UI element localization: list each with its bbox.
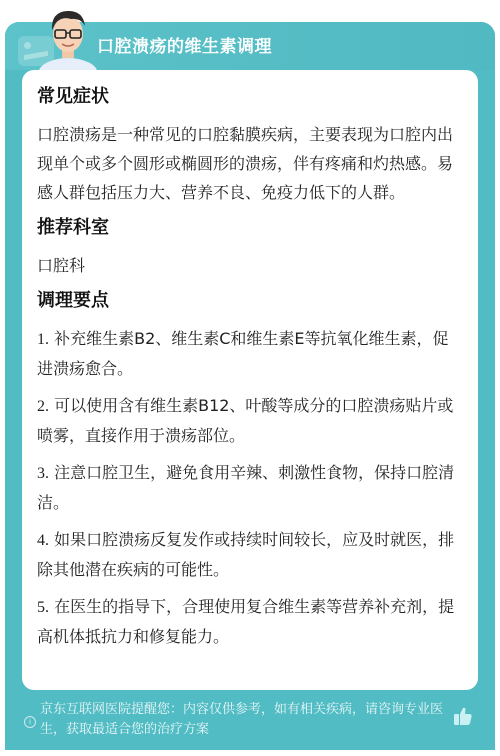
care-item-2: 2. 可以使用含有维生素B12、叶酸等成分的口腔溃疡贴片或喷雾，直接作用于溃疡部… (37, 391, 464, 450)
content-panel: 常见症状 口腔溃疡是一种常见的口腔黏膜疾病，主要表现为口腔内出现单个或多个圆形或… (22, 70, 478, 690)
care-heading: 调理要点 (37, 288, 464, 314)
care-item-3: 3. 注意口腔卫生，避免食用辛辣、刺激性食物，保持口腔清洁。 (37, 458, 464, 517)
info-icon: i (24, 716, 36, 728)
symptoms-heading: 常见症状 (37, 84, 464, 110)
doctor-avatar-icon (33, 4, 103, 76)
disclaimer-text: 京东互联网医院提醒您：内容仅供参考，如有相关疾病，请咨询专业医生，获取最适合您的… (40, 700, 458, 740)
page-title: 口腔溃疡的维生素调理 (97, 32, 272, 57)
care-item-4: 4. 如果口腔溃疡反复发作或持续时间较长，应及时就医，排除其他潜在疾病的可能性。 (37, 525, 464, 584)
department-heading: 推荐科室 (37, 215, 464, 241)
disclaimer-footer: i 京东互联网医院提醒您：内容仅供参考，如有相关疾病，请咨询专业医生，获取最适合… (5, 698, 495, 748)
thumbs-up-icon[interactable] (453, 706, 473, 726)
care-item-1: 1. 补充维生素B2、维生素C和维生素E等抗氧化维生素，促进溃疡愈合。 (37, 324, 464, 383)
header-band: 口腔溃疡的维生素调理 (5, 22, 495, 70)
care-item-5: 5. 在医生的指导下，合理使用复合维生素等营养补充剂，提高机体抵抗力和修复能力。 (37, 592, 464, 651)
article-card: 口腔溃疡的维生素调理 常见症状 口腔溃疡是一种常见的口腔黏膜疾病，主要表现为口腔… (5, 22, 495, 750)
symptoms-text: 口腔溃疡是一种常见的口腔黏膜疾病，主要表现为口腔内出现单个或多个圆形或椭圆形的溃… (37, 120, 464, 207)
department-text: 口腔科 (37, 251, 464, 280)
